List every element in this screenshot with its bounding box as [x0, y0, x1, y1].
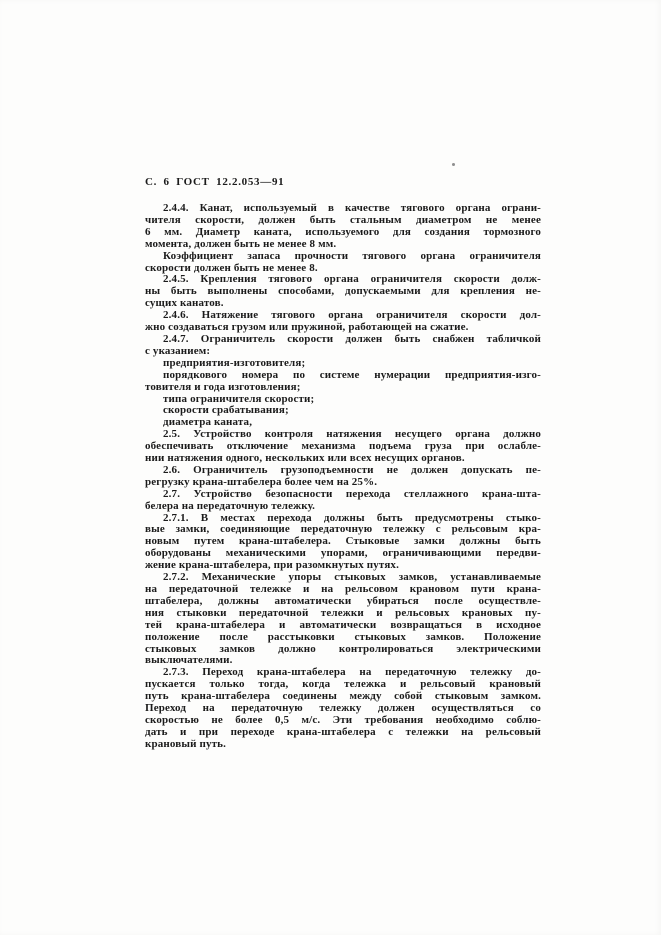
paragraph: 2.4.7. Ограничитель скорости должен быть… [145, 334, 541, 358]
text-line: предприятия-изготовителя; [145, 358, 541, 370]
paragraph: 2.7.3. Переход крана-штабелера на переда… [145, 667, 541, 750]
document-page: С. 6 ГОСТ 12.2.053—91 2.4.4. Канат, испо… [0, 0, 661, 935]
paragraph: 2.4.6. Натяжение тягового органа огранич… [145, 310, 541, 334]
paragraph: 2.7.1. В местах перехода должны быть пре… [145, 513, 541, 573]
paragraph: порядкового номера по системе нумерации … [145, 370, 541, 394]
text-line: ния стыковки передаточной тележки и рель… [145, 608, 541, 620]
paragraph: 2.4.4. Канат, используемый в качестве тя… [145, 203, 541, 251]
text-line: белера на передаточную тележку. [145, 501, 541, 513]
text-line: с указанием: [145, 346, 541, 358]
text-block: 2.4.4. Канат, используемый в качестве тя… [145, 203, 541, 751]
paragraph: Коэффициент запаса прочности тягового ор… [145, 251, 541, 275]
text-line: дать и при переходе крана-штабелера с те… [145, 727, 541, 739]
paragraph: 2.7.2. Механические упоры стыковых замко… [145, 572, 541, 667]
text-line: крановый путь. [145, 739, 541, 751]
paragraph: 2.4.5. Крепления тягового органа огранич… [145, 274, 541, 310]
page-header: С. 6 ГОСТ 12.2.053—91 [145, 176, 284, 188]
text-line: тей крана-штабелера и автоматически возв… [145, 620, 541, 632]
scan-speck [452, 163, 455, 166]
text-line: регрузку крана-штабелера более чем на 25… [145, 477, 541, 489]
paragraph: 2.6. Ограничитель грузоподъемности не до… [145, 465, 541, 489]
text-line: момента, должен быть не менее 8 мм. [145, 239, 541, 251]
text-line: 2.7. Устройство безопасности перехода ст… [145, 489, 541, 501]
paragraph: 2.5. Устройство контроля натяжения несущ… [145, 429, 541, 465]
text-line: порядкового номера по системе нумерации … [145, 370, 541, 382]
paragraph: 2.7. Устройство безопасности перехода ст… [145, 489, 541, 513]
text-line: 6 мм. Диаметр каната, используемого для … [145, 227, 541, 239]
text-line: положение после расстыковки стыковых зам… [145, 632, 541, 644]
text-line: Коэффициент запаса прочности тягового ор… [145, 251, 541, 263]
paragraph: предприятия-изготовителя; [145, 358, 541, 370]
text-line: товителя и года изготовления; [145, 382, 541, 394]
